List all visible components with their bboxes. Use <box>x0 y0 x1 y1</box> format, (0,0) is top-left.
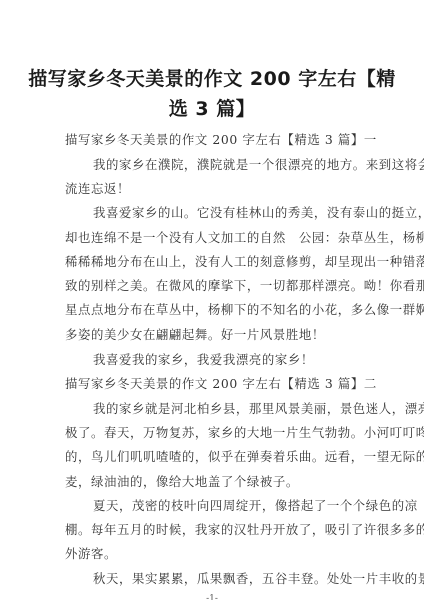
document-title-line-1: 描写家乡冬天美景的作文 200 字左右【精 <box>0 64 424 91</box>
page-number: -1- <box>0 594 424 600</box>
paragraph-line: 星点点地分布在草丛中，杨柳下的不知名的小花，多么像一群婀娜 <box>65 303 365 317</box>
paragraph-line: 夏天，茂密的枝叶向四周绽开，像搭起了一个个绿色的凉 <box>93 499 393 513</box>
paragraph-line: 的，鸟儿们叽叽喳喳的，似乎在弹奏着乐曲。远看，一望无际的小 <box>65 450 365 464</box>
paragraph-line: 外游客。 <box>65 547 365 561</box>
paragraph-line: 我的家乡在濮院，濮院就是一个很漂亮的地方。来到这将会 <box>93 158 393 172</box>
paragraph-line: 我喜爱我的家乡，我爱我漂亮的家乡！ <box>93 353 393 367</box>
paragraph-line: 我的家乡就是河北柏乡县，那里风景美丽，景色迷人，漂亮 <box>93 402 393 416</box>
paragraph-line: 稀稀稀地分布在山上，没有人工的刻意修剪，却呈现出一种错落有 <box>65 255 365 269</box>
paragraph-line: 极了。春天，万物复苏，家乡的大地一片生气勃勃。小河叮叮咚咚 <box>65 426 365 440</box>
paragraph-line: 棚。每年五月的时候，我家的汉牡丹开放了，吸引了许很多多的中 <box>65 523 365 537</box>
section-heading-1: 描写家乡冬天美景的作文 200 字左右【精选 3 篇】一 <box>65 133 365 147</box>
paragraph-line: 却也连绵不是一个没有人文加工的自然 公园：杂草丛生，杨柳稀 <box>65 231 365 245</box>
section-heading-2: 描写家乡冬天美景的作文 200 字左右【精选 3 篇】二 <box>65 377 365 391</box>
paragraph-line: 秋天，果实累累，瓜果飘香，五谷丰登。处处一片丰收的景 <box>93 572 393 586</box>
paragraph-line: 麦，绿油油的，像给大地盖了个绿被子。 <box>65 475 365 489</box>
paragraph-line: 多姿的美少女在翩翩起舞。好一片风景胜地！ <box>65 328 365 342</box>
paragraph-line: 致的别样之美。在微风的摩挲下，一切都那样漂亮。呦！你看那星 <box>65 279 365 293</box>
document-title-line-2: 选 3 篇】 <box>0 94 424 121</box>
paragraph-line: 流连忘返！ <box>65 182 365 196</box>
paragraph-line: 我喜爱家乡的山。它没有桂林山的秀美，没有泰山的挺立， <box>93 206 393 220</box>
